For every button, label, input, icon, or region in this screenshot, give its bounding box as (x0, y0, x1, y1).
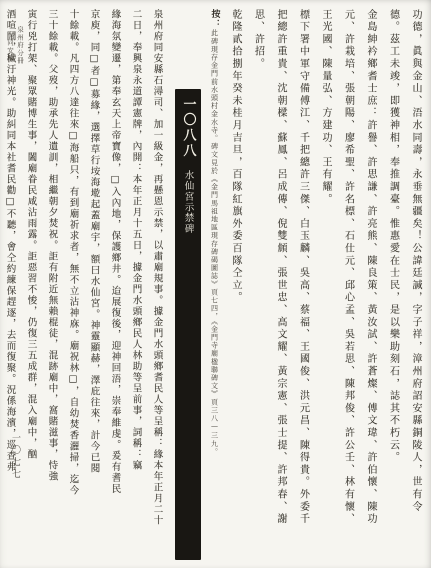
folio-number: 一〇七七 (9, 433, 22, 481)
inscription-column-prev-5: 王光國、陳量弘、方建功、王有耀。 (314, 9, 337, 557)
inscription-column-date: 乾隆貳拾捌年癸未桂月吉旦，百隊紅旗外委百隊仝立。 (224, 9, 247, 557)
inscription-column-prev-3: 金島紳衿鄉耆士庶：許譽、許思謙、許亮熊、陳良策、黃汝試、許蒼燦、傅文瑋、許伯懷、… (359, 9, 382, 557)
spine-label-county: 同安縣 (5, 39, 15, 65)
inscription-column-cur-4: 京庾，同□者□募緣，選擇草行垵海墘起蓋廟宇，額曰水仙宮。神靈顯赫，澤庇往來，計今… (84, 9, 105, 557)
inscription-column-prev-4: 元、許栽培、張朝陽、廖希聖、許名標、石仕元、邱心孟、吳若思、陳邦俊、許公壬、林有… (336, 9, 359, 557)
inscription-column-prev-6: 標下署中軍守備傅江、千把總許三傑、白玉麟、吳高、蔡福、王國俊、洪元昌、陳得貴。外… (291, 9, 314, 557)
section-number: 一〇八八 (178, 97, 198, 159)
section-title: 水仙宮示禁碑 (178, 170, 198, 234)
text-block: 功德，眞與金山、浯水同壽，永垂無疆矣！公諱廷諴，字子祥，漳州府詔安縣銅陵人，世有… (0, 0, 431, 568)
editor-note: 按：此碑現存金門前水頭村金水寺。碑文見於《金門馬祖地區現存碑碣圖誌》頁七四，《金… (207, 9, 223, 561)
editor-note-text: 此碑現存金門前水頭村金水寺。碑文見於《金門馬祖地區現存碑碣圖誌》頁七四，《金門寺… (211, 29, 219, 456)
inscription-column-prev-8: 思、許招。 (246, 9, 269, 557)
section-header-box: 一〇八八水仙宮示禁碑 (175, 89, 201, 560)
book-page: 功德，眞與金山、浯水同壽，永垂無疆矣！公諱廷諴，字子祥，漳州府詔安縣銅陵人，世有… (0, 0, 431, 568)
inscription-column-cur-2: 二日，奉興泉永道譚憲牌，內開：本年正月十五日，據金門水頭鄉民人林助等呈前事，詞稱… (126, 9, 147, 557)
inscription-column-prev-1: 功德，眞與金山、浯水同壽，永垂無疆矣！公諱廷諴，字子祥，漳州府詔安縣銅陵人，世有… (404, 9, 427, 557)
inscription-column-prev-7: 把總許重貴、沈朝樑、蘇鳳、呂成傳、倪雙頠、張世忠、高文耀、黃宗憲、張士提、許邦春… (269, 9, 292, 557)
inscription-column-cur-5: 十餘載。凡四方八達往來□海船只，有到廟祈求者，無不立沾神庥。廟祝林□，自幼焚香灑… (63, 9, 84, 557)
editor-note-label: 按： (210, 9, 220, 29)
spine-label: 泉州府分冊 同安縣 (5, 26, 25, 65)
inscription-column-cur-6: 三十餘載。父歿，助承先人遺訓，相繼朝夕焚祝。詎有附近無賴棍徒，混跡廟中，窩賭滋事… (42, 9, 63, 557)
inscription-column-cur-1: 泉州府同安縣石潯司、加一級金，再懸恩示禁，以肅廟規事。據金門水頭鄉耆民人等呈稱：… (147, 9, 168, 557)
spine-label-volume: 泉州府分冊 (15, 26, 25, 65)
inscription-column-cur-7: 寅行兇打架、聚眾賭博生事，闔廟眷民咸沾雨露。詎惡習不悛，仍復三五成群，混入廟中，… (21, 9, 42, 557)
inscription-column-cur-3: 緣海氛變遷，第奉玄天上帝寶像，□入內地，保護鄉井。迨展復後，迎神回浯，崇奉維虔。… (105, 9, 126, 557)
inscription-column-prev-2: 德。茲工未竣，即獲神相，奉推調臺。惟惠愛在士民，是以樂助刻石，誌其不朽云。 (381, 9, 404, 557)
